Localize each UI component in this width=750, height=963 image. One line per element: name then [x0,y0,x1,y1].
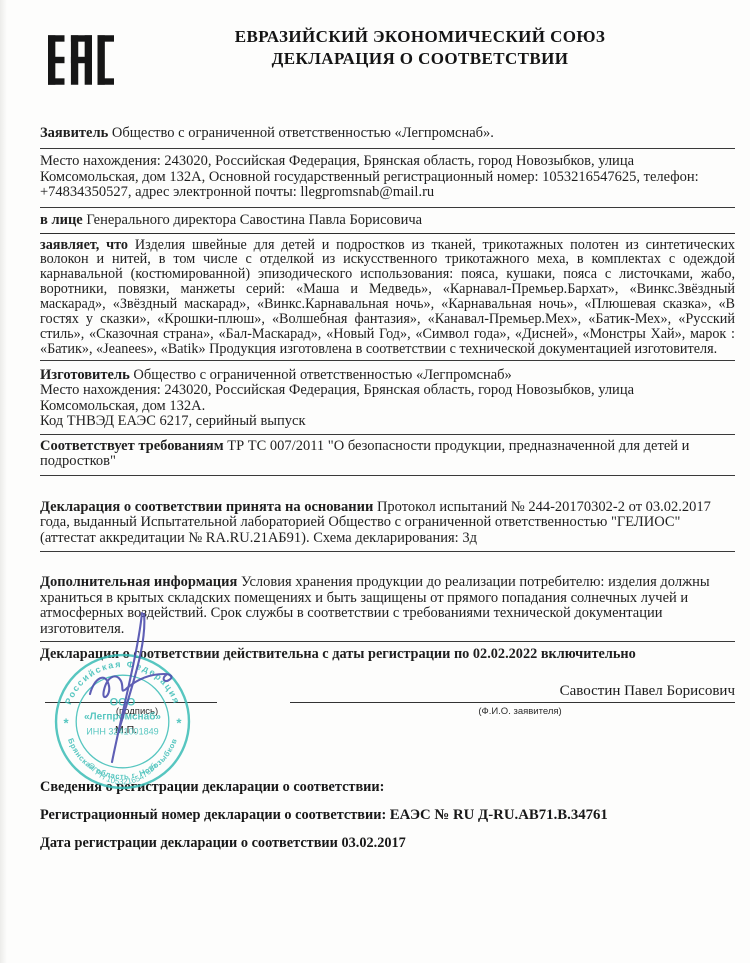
document-body: Заявитель Общество с ограниченной ответс… [0,124,750,851]
manufacturer-value: Общество с ограниченной ответственностью… [133,367,511,383]
basis-section: Декларация о соответствии принята на осн… [40,497,735,553]
represented-by-row: в лице Генерального директора Савостина … [40,208,735,234]
compliance-section: Соответствует требованиям ТР ТС 007/2011… [40,435,735,476]
declares-text: Изделия швейные для детей и подростков и… [40,237,735,357]
additional-info-section: Дополнительная информация Условия хранен… [40,572,735,642]
applicant-row: Заявитель Общество с ограниченной ответс… [40,124,735,149]
applicant-address: Место нахождения: 243020, Российская Фед… [40,149,735,208]
eac-logo-icon [48,33,114,87]
basis-label: Декларация о соответствии принята на осн… [40,499,377,515]
signature-line [45,702,217,703]
represented-by-value: Генерального директора Савостина Павла Б… [86,212,422,228]
stamp-place-label: М.П. [115,724,137,736]
name-caption: (Ф.И.О. заявителя) [440,706,600,717]
title-line-2: ДЕКЛАРАЦИЯ О СООТВЕТСТВИИ [150,48,690,70]
applicant-value: Общество с ограниченной ответственностью… [112,125,494,141]
compliance-label: Соответствует требованиям [40,438,227,454]
declaration-document: ЕВРАЗИЙСКИЙ ЭКОНОМИЧЕСКИЙ СОЮЗ ДЕКЛАРАЦИ… [0,0,750,963]
manufacturer-address: Место нахождения: 243020, Российская Фед… [40,383,735,414]
registration-date-label: Дата регистрации декларации о соответств… [40,835,341,851]
document-title: ЕВРАЗИЙСКИЙ ЭКОНОМИЧЕСКИЙ СОЮЗ ДЕКЛАРАЦИ… [150,0,690,70]
declares-label: заявляет, что [40,237,135,253]
title-line-1: ЕВРАЗИЙСКИЙ ЭКОНОМИЧЕСКИЙ СОЮЗ [150,26,690,48]
manufacturer-section: Изготовитель Общество с ограниченной отв… [40,361,735,435]
validity-row: Декларация о соответствии действительна … [40,642,735,663]
additional-info-label: Дополнительная информация [40,574,241,590]
registration-number-row: Регистрационный номер декларации о соотв… [40,807,735,823]
represented-by-label: в лице [40,212,86,228]
tnved-code-line: Код ТНВЭД ЕАЭС 6217, серийный выпуск [40,414,735,430]
registration-date-value: 03.02.2017 [341,835,405,851]
declares-paragraph: заявляет, что Изделия швейные для детей … [40,234,735,361]
signature-caption: (подпись) [82,706,192,717]
applicant-label: Заявитель [40,125,112,141]
name-line [290,702,735,703]
declarant-name: Савостин Павел Борисович [560,683,735,700]
manufacturer-row: Изготовитель Общество с ограниченной отв… [40,368,735,384]
manufacturer-label: Изготовитель [40,367,133,383]
registration-date-row: Дата регистрации декларации о соответств… [40,835,735,851]
registration-heading: Сведения о регистрации декларации о соот… [40,779,735,795]
registration-number-label: Регистрационный номер декларации о соотв… [40,807,390,823]
applicant-address-text: Место нахождения: 243020, Российская Фед… [40,153,699,200]
registration-section: Сведения о регистрации декларации о соот… [40,771,735,851]
registration-number-value: ЕАЭС № RU Д-RU.АВ71.В.34761 [390,807,608,823]
signature-block: (подпись) М.П. Савостин Павел Борисович … [40,663,735,771]
